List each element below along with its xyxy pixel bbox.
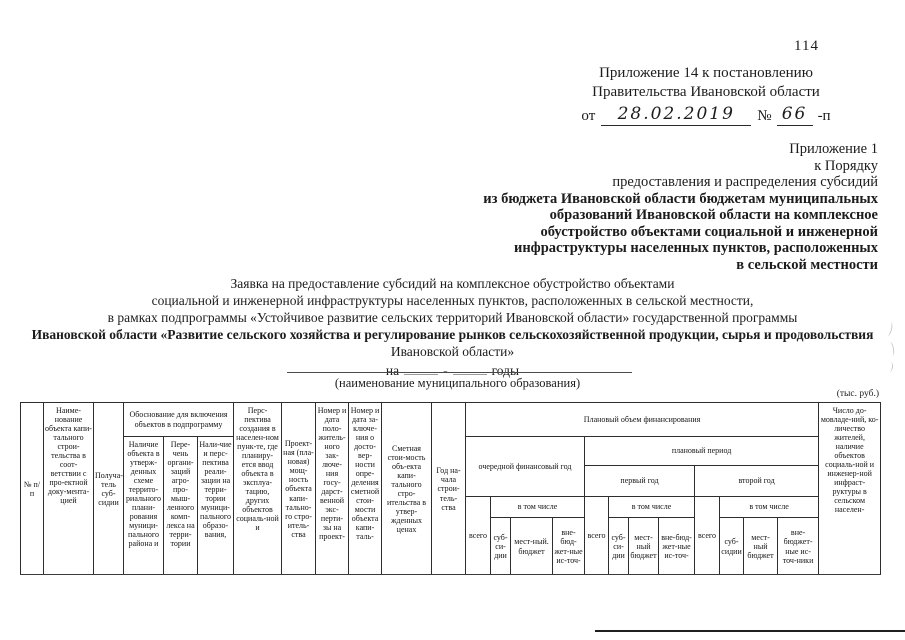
stamp-date-handwritten: 28.02.2019 [618, 104, 735, 124]
th-justification-prospect: Нали-чие и перс-пектива реали-зации на т… [198, 437, 234, 576]
title-line: Ивановской области» [20, 343, 885, 360]
page-bottom-rule [595, 630, 905, 632]
stamp-date-field: 28.02.2019 [601, 105, 751, 126]
th-cost-verification: Номер и дата за-ключе-ния о досто-вер-но… [349, 403, 382, 576]
th-estimated-cost: Сметная стои-мость объ-екта капи-тальног… [382, 403, 432, 576]
th-subsidies-current: суб-си-дии [491, 518, 511, 576]
th-second-year: второй год [695, 466, 819, 497]
org-name-caption: (наименование муниципального образования… [230, 376, 685, 391]
stamp-line-2: Правительства Ивановской области [551, 83, 861, 102]
units-note: (тыс. руб.) [837, 389, 879, 399]
page-number: 114 [794, 38, 819, 55]
th-total-current: всего [466, 497, 491, 576]
stamp-from-label: от [581, 107, 595, 126]
th-object-name: Наиме-нование объекта капи-тального стро… [44, 403, 94, 576]
th-local-budget-first: мест-ный бюджет [629, 518, 659, 576]
th-expertise-conclusion: Номер и дата поло-житель-ного зак-люче-н… [316, 403, 349, 576]
org-name-fill-line [287, 372, 632, 373]
th-planning-period: плановый период [585, 437, 819, 466]
stamp-number-sign: № [757, 107, 771, 126]
annex-line: инфраструктуры населенных пунктов, распо… [483, 240, 878, 257]
year-blank-field [453, 363, 487, 375]
annex-line: обустройство объектами социальной и инже… [483, 224, 878, 241]
stamp-number-field: 66 [777, 105, 813, 126]
th-row-number: № п/п [21, 403, 44, 576]
annex-line: предоставления и распределения субсидий [483, 174, 878, 191]
annex-reference-block: Приложение 1 к Порядку предоставления и … [483, 141, 878, 273]
annex-line: из бюджета Ивановской области бюджетам м… [483, 191, 878, 208]
th-planned-funding-group: Плановый объем финансирования [466, 403, 819, 437]
th-local-budget-second: мест-ный бюджет [744, 518, 778, 576]
annex-line: образований Ивановской области на компле… [483, 207, 878, 224]
stamp-suffix: -п [818, 107, 831, 126]
stamp-date-row: от 28.02.2019 № 66 -п [551, 105, 861, 126]
application-table-grid: № п/п Наиме-нование объекта капи-тальног… [20, 402, 881, 575]
th-justification-orgs: Пере-чень органи-заций агро-про-мыш-ленн… [164, 437, 198, 576]
th-extrabudget-current: вне-бюд-жет-ные ис-точ- [553, 518, 585, 576]
th-total-second: всего [695, 497, 720, 576]
th-design-capacity: Проект-ная (пла-новая) мощ-ность объекта… [282, 403, 316, 576]
th-justification-scheme: Наличие объекта в утверж-денных схеме те… [124, 437, 164, 576]
th-subsidy-recipient: Получа-тель суб-сидии [94, 403, 124, 576]
title-line: Заявка на предоставление субсидий на ком… [20, 275, 885, 292]
annex-line: к Порядку [483, 158, 878, 175]
th-extrabudget-first: вне-бюд-жет-ные ис-точ- [659, 518, 695, 576]
th-subsidies-second: суб-сидии [720, 518, 744, 576]
application-table: № п/п Наиме-нование объекта капи-тальног… [20, 402, 881, 575]
stamp-number-handwritten: 66 [782, 104, 808, 124]
scan-artifact [884, 321, 893, 336]
th-current-fiscal-year: очередной финансовый год [466, 437, 585, 497]
th-total-first: всего [585, 497, 609, 576]
th-subsidies-first: суб-си-дии [609, 518, 629, 576]
title-line: социальной и инженерной инфраструктуры н… [20, 292, 885, 309]
th-settlement-prospect: Перс-пектива создания в населен-ном пунк… [234, 403, 282, 576]
annex-line: Приложение 1 [483, 141, 878, 158]
th-local-budget-current: мест-ный. бюджет [511, 518, 553, 576]
document-title: Заявка на предоставление субсидий на ком… [20, 275, 885, 379]
th-first-year: первый год [585, 466, 695, 497]
th-construction-start-year: Год на-чала строи-тель-ства [432, 403, 466, 576]
annex-line: в сельской местности [483, 257, 878, 274]
th-including-second: в том числе [720, 497, 819, 518]
stamp-line-1: Приложение 14 к постановлению [551, 64, 861, 83]
year-blank-field [404, 363, 438, 375]
th-households-info: Число до-мовладе-ний, ко-личество жителе… [819, 403, 881, 576]
th-including-current: в том числе [491, 497, 585, 518]
scan-artifact [886, 362, 893, 373]
th-justification-group: Обоснование для включения объектов в под… [124, 403, 234, 437]
th-including-first: в том числе [609, 497, 695, 518]
title-line: в рамках подпрограммы «Устойчивое развит… [20, 309, 885, 326]
approval-stamp: Приложение 14 к постановлению Правительс… [551, 64, 861, 126]
scan-artifact [887, 342, 895, 357]
title-line: Ивановской области «Развитие сельского х… [20, 326, 885, 343]
th-extrabudget-second: вне-бюджет-ные ис-точ-ники [778, 518, 819, 576]
